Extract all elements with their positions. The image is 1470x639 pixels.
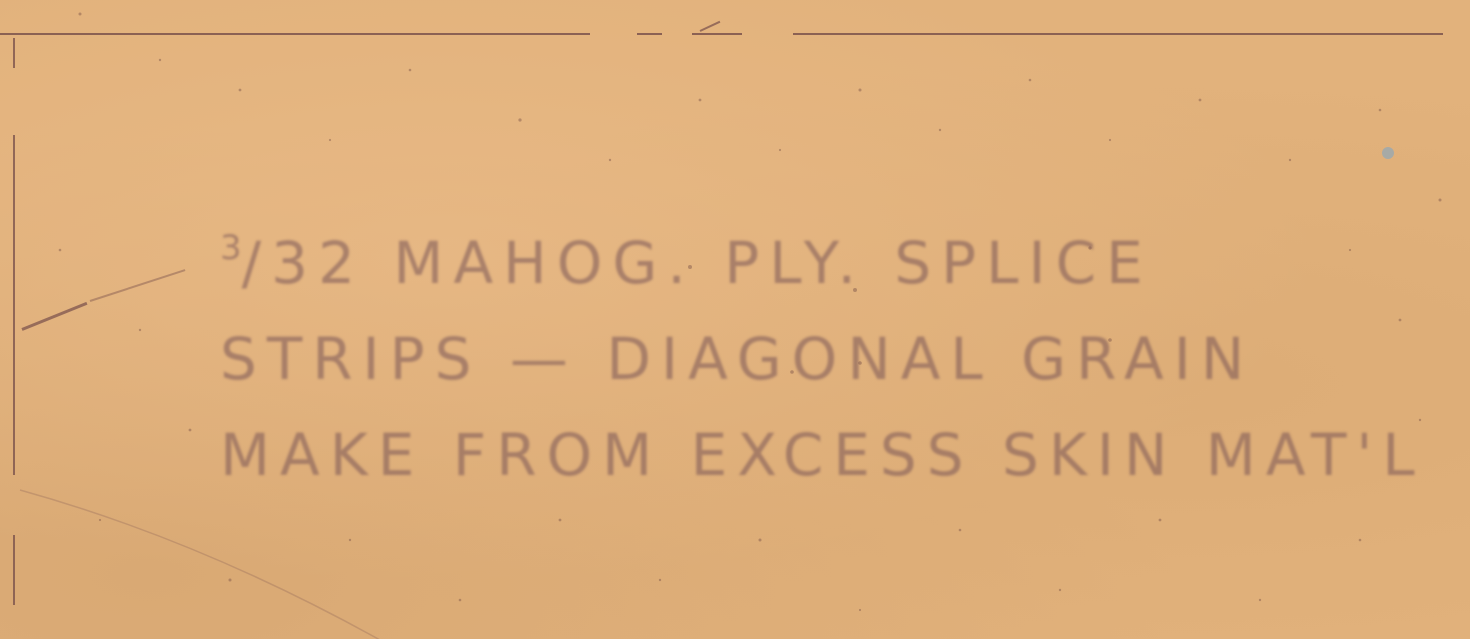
fraction-numerator: 3 bbox=[220, 228, 242, 268]
note-line-1: 3/32 MAHOG. PLY. SPLICE bbox=[220, 200, 1425, 311]
dimension-tick-top bbox=[13, 38, 15, 68]
note-line-3: MAKE FROM EXCESS SKIN MAT'L bbox=[220, 407, 1425, 503]
leader-line-extension bbox=[90, 269, 186, 302]
arrow-tick-top bbox=[700, 21, 721, 32]
leader-arrow-line bbox=[21, 302, 87, 331]
border-line-dash-1 bbox=[637, 33, 662, 35]
note-line-2: STRIPS — DIAGONAL GRAIN bbox=[220, 311, 1425, 407]
dimension-line-lower bbox=[13, 535, 15, 605]
paper-spot bbox=[1382, 147, 1394, 159]
splice-strip-note: 3/32 MAHOG. PLY. SPLICE STRIPS — DIAGONA… bbox=[220, 200, 1425, 503]
border-line-left-segment bbox=[0, 33, 590, 35]
drawing-sheet: 3/32 MAHOG. PLY. SPLICE STRIPS — DIAGONA… bbox=[0, 0, 1470, 639]
border-line-right-segment bbox=[793, 33, 1443, 35]
note-line-1-text: /32 MAHOG. PLY. SPLICE bbox=[242, 229, 1153, 297]
border-line-dash-2 bbox=[692, 33, 742, 35]
dimension-line-upper bbox=[13, 135, 15, 475]
